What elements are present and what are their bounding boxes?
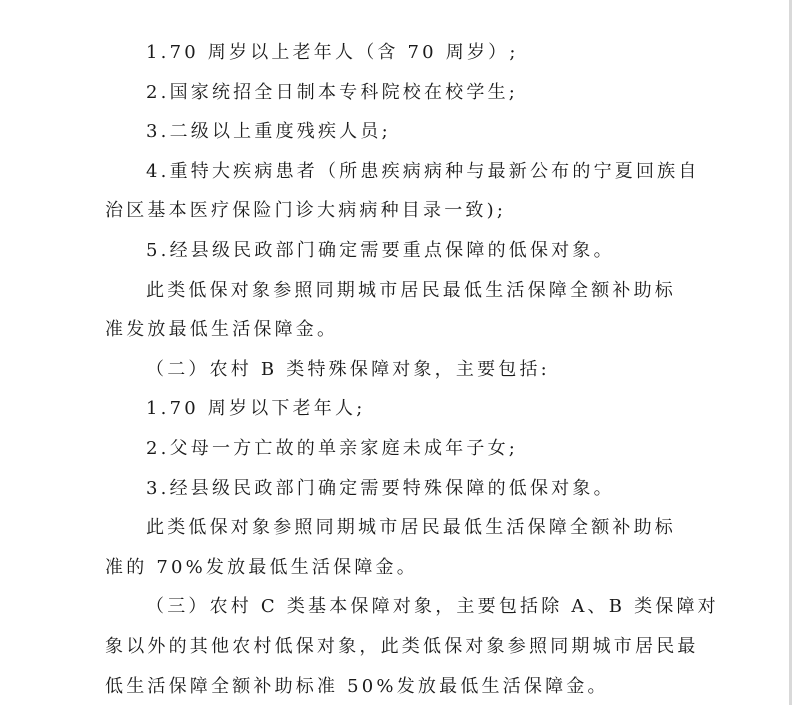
paragraph-b-standard-line-2: 准的 70%发放最低生活保障金。 (105, 548, 695, 588)
list-item-a-1: 1.70 周岁以上老年人（含 70 周岁）; (105, 33, 695, 73)
list-item-a-2: 2.国家统招全日制本专科院校在校学生; (105, 73, 695, 113)
paragraph-a-standard-line-2: 准发放最低生活保障金。 (105, 310, 695, 350)
paragraph-a-standard-line-1: 此类低保对象参照同期城市居民最低生活保障全额补助标 (105, 271, 695, 311)
document-page: 1.70 周岁以上老年人（含 70 周岁）; 2.国家统招全日制本专科院校在校学… (0, 0, 792, 705)
document-body: 1.70 周岁以上老年人（含 70 周岁）; 2.国家统招全日制本专科院校在校学… (105, 33, 695, 705)
list-item-a-4-line-2: 治区基本医疗保险门诊大病病种目录一致); (105, 191, 695, 231)
section-c-line-3: 低生活保障全额补助标准 50%发放最低生活保障金。 (105, 667, 695, 705)
list-item-b-1: 1.70 周岁以下老年人; (105, 389, 695, 429)
paragraph-b-standard-line-1: 此类低保对象参照同期城市居民最低生活保障全额补助标 (105, 508, 695, 548)
list-item-a-3: 3.二级以上重度残疾人员; (105, 112, 695, 152)
list-item-a-5: 5.经县级民政部门确定需要重点保障的低保对象。 (105, 231, 695, 271)
section-c-line-2: 象以外的其他农村低保对象，此类低保对象参照同期城市居民最 (105, 627, 695, 667)
list-item-b-2: 2.父母一方亡故的单亲家庭未成年子女; (105, 429, 695, 469)
list-item-a-4-line-1: 4.重特大疾病患者（所患疾病病种与最新公布的宁夏回族自 (105, 152, 695, 192)
section-heading-b: （二）农村 B 类特殊保障对象，主要包括: (105, 350, 695, 390)
section-c-line-1: （三）农村 C 类基本保障对象，主要包括除 A、B 类保障对 (105, 587, 695, 627)
list-item-b-3: 3.经县级民政部门确定需要特殊保障的低保对象。 (105, 469, 695, 509)
